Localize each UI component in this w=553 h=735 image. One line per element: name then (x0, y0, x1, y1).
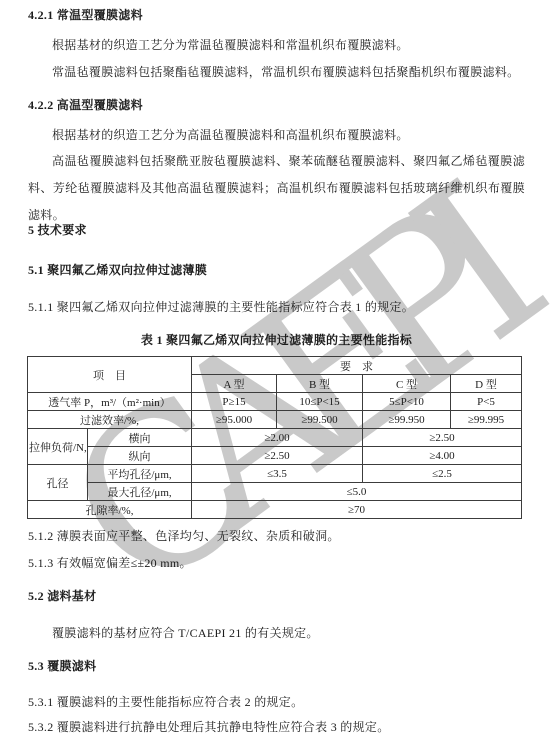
th-type-a: A 型 (192, 375, 277, 393)
th-type-c: C 型 (363, 375, 451, 393)
max-pore-all: ≤5.0 (192, 483, 522, 501)
th-type-b: B 型 (277, 375, 363, 393)
label-transverse: 横向 (88, 429, 192, 447)
efficiency-c: ≥99.950 (363, 411, 451, 429)
heading-5: 5 技术要求 (28, 223, 525, 237)
table-row: 孔隙率/%, ≥70 (28, 501, 522, 519)
efficiency-d: ≥99.995 (451, 411, 522, 429)
label-pore-size: 孔径 (28, 465, 88, 501)
label-avg-pore: 平均孔径/μm, (88, 465, 192, 483)
paragraph-5-1-2: 5.1.2 薄膜表面应平整、色泽均匀、无裂纹、杂质和破洞。 (28, 529, 525, 543)
permeability-a: P≥15 (192, 393, 277, 411)
efficiency-b: ≥99.500 (277, 411, 363, 429)
paragraph-5-3-2: 5.3.2 覆膜滤料进行抗静电处理后其抗静电特性应符合表 3 的规定。 (28, 720, 525, 734)
table-row: 最大孔径/μm, ≤5.0 (28, 483, 522, 501)
heading-5-1: 5.1 聚四氟乙烯双向拉伸过滤薄膜 (28, 263, 525, 277)
table-row: 拉伸负荷/N, 横向 ≥2.00 ≥2.50 (28, 429, 522, 447)
document-page: CAEPI 4.2.1 常温型覆膜滤料 根据基材的织造工艺分为常温毡覆膜滤料和常… (0, 0, 553, 735)
paragraph-4-2-1-a: 根据基材的织造工艺分为常温毡覆膜滤料和常温机织布覆膜滤料。 (28, 38, 525, 52)
label-tensile-load: 拉伸负荷/N, (28, 429, 88, 465)
label-max-pore: 最大孔径/μm, (88, 483, 192, 501)
porosity-all: ≥70 (192, 501, 522, 519)
tensile-transverse-ab: ≥2.00 (192, 429, 363, 447)
th-item: 项 目 (28, 357, 192, 393)
paragraph-5-2: 覆膜滤料的基材应符合 T/CAEPI 21 的有关规定。 (28, 626, 525, 640)
paragraph-4-2-2-b: 高温毡覆膜滤料包括聚酰亚胺毡覆膜滤料、聚苯硫醚毡覆膜滤料、聚四氟乙烯毡覆膜滤料、… (28, 148, 525, 229)
heading-4-2-2: 4.2.2 高温型覆膜滤料 (28, 98, 525, 112)
heading-4-2-1: 4.2.1 常温型覆膜滤料 (28, 8, 525, 22)
th-type-d: D 型 (451, 375, 522, 393)
permeability-d: P<5 (451, 393, 522, 411)
heading-5-2: 5.2 滤料基材 (28, 589, 525, 603)
table-row: 项 目 要 求 (28, 357, 522, 375)
paragraph-5-1-3: 5.1.3 有效幅宽偏差≤±20 mm。 (28, 556, 525, 570)
table1-title: 表 1 聚四氟乙烯双向拉伸过滤薄膜的主要性能指标 (28, 333, 525, 347)
paragraph-4-2-1-b: 常温毡覆膜滤料包括聚酯毡覆膜滤料，常温机织布覆膜滤料包括聚酯机织布覆膜滤料。 (28, 65, 525, 79)
table-row: 透气率 P，m³/（m²·min） P≥15 10≤P<15 5≤P<10 P<… (28, 393, 522, 411)
label-porosity: 孔隙率/%, (28, 501, 192, 519)
table-row: 孔径 平均孔径/μm, ≤3.5 ≤2.5 (28, 465, 522, 483)
th-requirement: 要 求 (192, 357, 522, 375)
avg-pore-ab: ≤3.5 (192, 465, 363, 483)
label-permeability: 透气率 P，m³/（m²·min） (28, 393, 192, 411)
tensile-longitudinal-ab: ≥2.50 (192, 447, 363, 465)
tensile-transverse-cd: ≥2.50 (363, 429, 522, 447)
permeability-c: 5≤P<10 (363, 393, 451, 411)
efficiency-a: ≥95.000 (192, 411, 277, 429)
table-row: 纵向 ≥2.50 ≥4.00 (28, 447, 522, 465)
label-longitudinal: 纵向 (88, 447, 192, 465)
tensile-longitudinal-cd: ≥4.00 (363, 447, 522, 465)
paragraph-5-3-1: 5.3.1 覆膜滤料的主要性能指标应符合表 2 的规定。 (28, 695, 525, 709)
heading-5-3: 5.3 覆膜滤料 (28, 659, 525, 673)
permeability-b: 10≤P<15 (277, 393, 363, 411)
paragraph-4-2-2-a: 根据基材的织造工艺分为高温毡覆膜滤料和高温机织布覆膜滤料。 (28, 128, 525, 142)
avg-pore-cd: ≤2.5 (363, 465, 522, 483)
paragraph-5-1-1: 5.1.1 聚四氟乙烯双向拉伸过滤薄膜的主要性能指标应符合表 1 的规定。 (28, 300, 525, 314)
table-row: 过滤效率/%, ≥95.000 ≥99.500 ≥99.950 ≥99.995 (28, 411, 522, 429)
table1-performance-indicators: 项 目 要 求 A 型 B 型 C 型 D 型 透气率 P，m³/（m²·min… (27, 356, 522, 519)
label-efficiency: 过滤效率/%, (28, 411, 192, 429)
